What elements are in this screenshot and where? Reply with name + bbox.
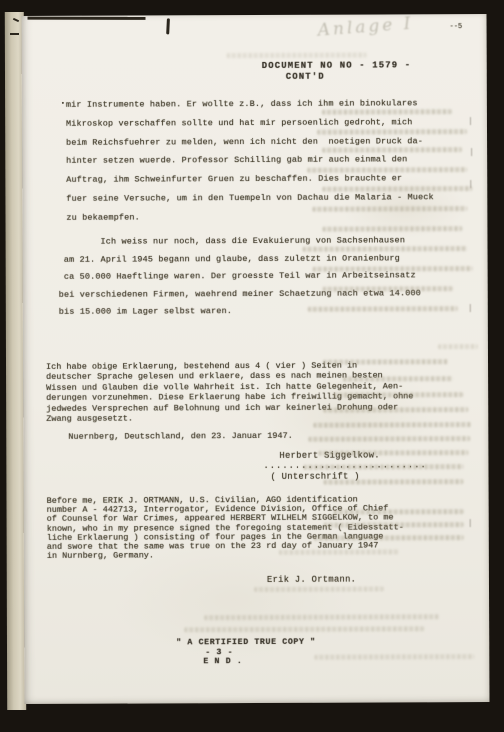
- bleed-through-line: [227, 53, 367, 59]
- document-contd-line: CONT'D: [286, 72, 325, 82]
- bleed-through-line: [324, 522, 464, 528]
- bleed-through-line: [343, 376, 453, 381]
- bleed-through-line: [279, 549, 399, 555]
- pen-stroke-mark: [166, 18, 170, 34]
- bleed-through-line: [313, 266, 473, 272]
- bleed-through-line: [303, 246, 468, 252]
- interrogator-signature-name: Erik J. Ortmann.: [267, 575, 356, 585]
- bleed-through-line: [184, 626, 424, 632]
- margin-tick: [470, 117, 471, 125]
- certified-true-copy-line: " A CERTIFIED TRUE COPY ": [176, 638, 316, 648]
- bleed-through-line: [323, 407, 468, 413]
- document-page: Anlage I --5 DOCUMENT NO NO - 1579 - CON…: [22, 14, 490, 704]
- bleed-through-line: [322, 109, 452, 115]
- bleed-through-line: [323, 359, 448, 365]
- margin-tick: [471, 148, 472, 156]
- pen-mark: [10, 33, 19, 35]
- margin-tick: [470, 519, 471, 527]
- margin-tick: [470, 304, 471, 312]
- bleed-through-line: [317, 129, 467, 135]
- dateline: Nuernberg, Deutschland, den 23. Januar 1…: [68, 431, 292, 442]
- bleed-through-line: [322, 147, 462, 153]
- bleed-through-line: [308, 436, 470, 442]
- bleed-through-line: [333, 392, 463, 398]
- bleed-through-line: [314, 535, 464, 541]
- bleed-through-line: [324, 479, 464, 485]
- page-number: - 3 -: [205, 648, 233, 657]
- bleed-through-line: [322, 226, 462, 232]
- bleed-through-line: [323, 286, 453, 292]
- bleed-through-line: [438, 344, 478, 349]
- bleed-through-line: [254, 586, 384, 592]
- bleed-through-line: [313, 422, 471, 428]
- bleed-through-line: [307, 167, 467, 173]
- bleed-through-line: [312, 206, 467, 212]
- bleed-through-line: [314, 654, 474, 660]
- bleed-through-line: [334, 509, 464, 515]
- page-edge-line: [28, 17, 146, 20]
- document-number-line: DOCUMENT NO NO - 1579 -: [262, 60, 412, 71]
- page-corner-mark: --5: [450, 23, 463, 31]
- end-marker: E N D .: [203, 657, 242, 666]
- scanner-background: Anlage I --5 DOCUMENT NO NO - 1579 - CON…: [0, 0, 504, 732]
- bleed-through-line: [308, 306, 458, 312]
- bleed-through-line: [318, 450, 468, 456]
- bleed-through-line: [303, 464, 463, 470]
- bleed-through-line: [204, 614, 439, 620]
- margin-dot: [62, 102, 64, 104]
- bleed-through-line: [322, 186, 472, 192]
